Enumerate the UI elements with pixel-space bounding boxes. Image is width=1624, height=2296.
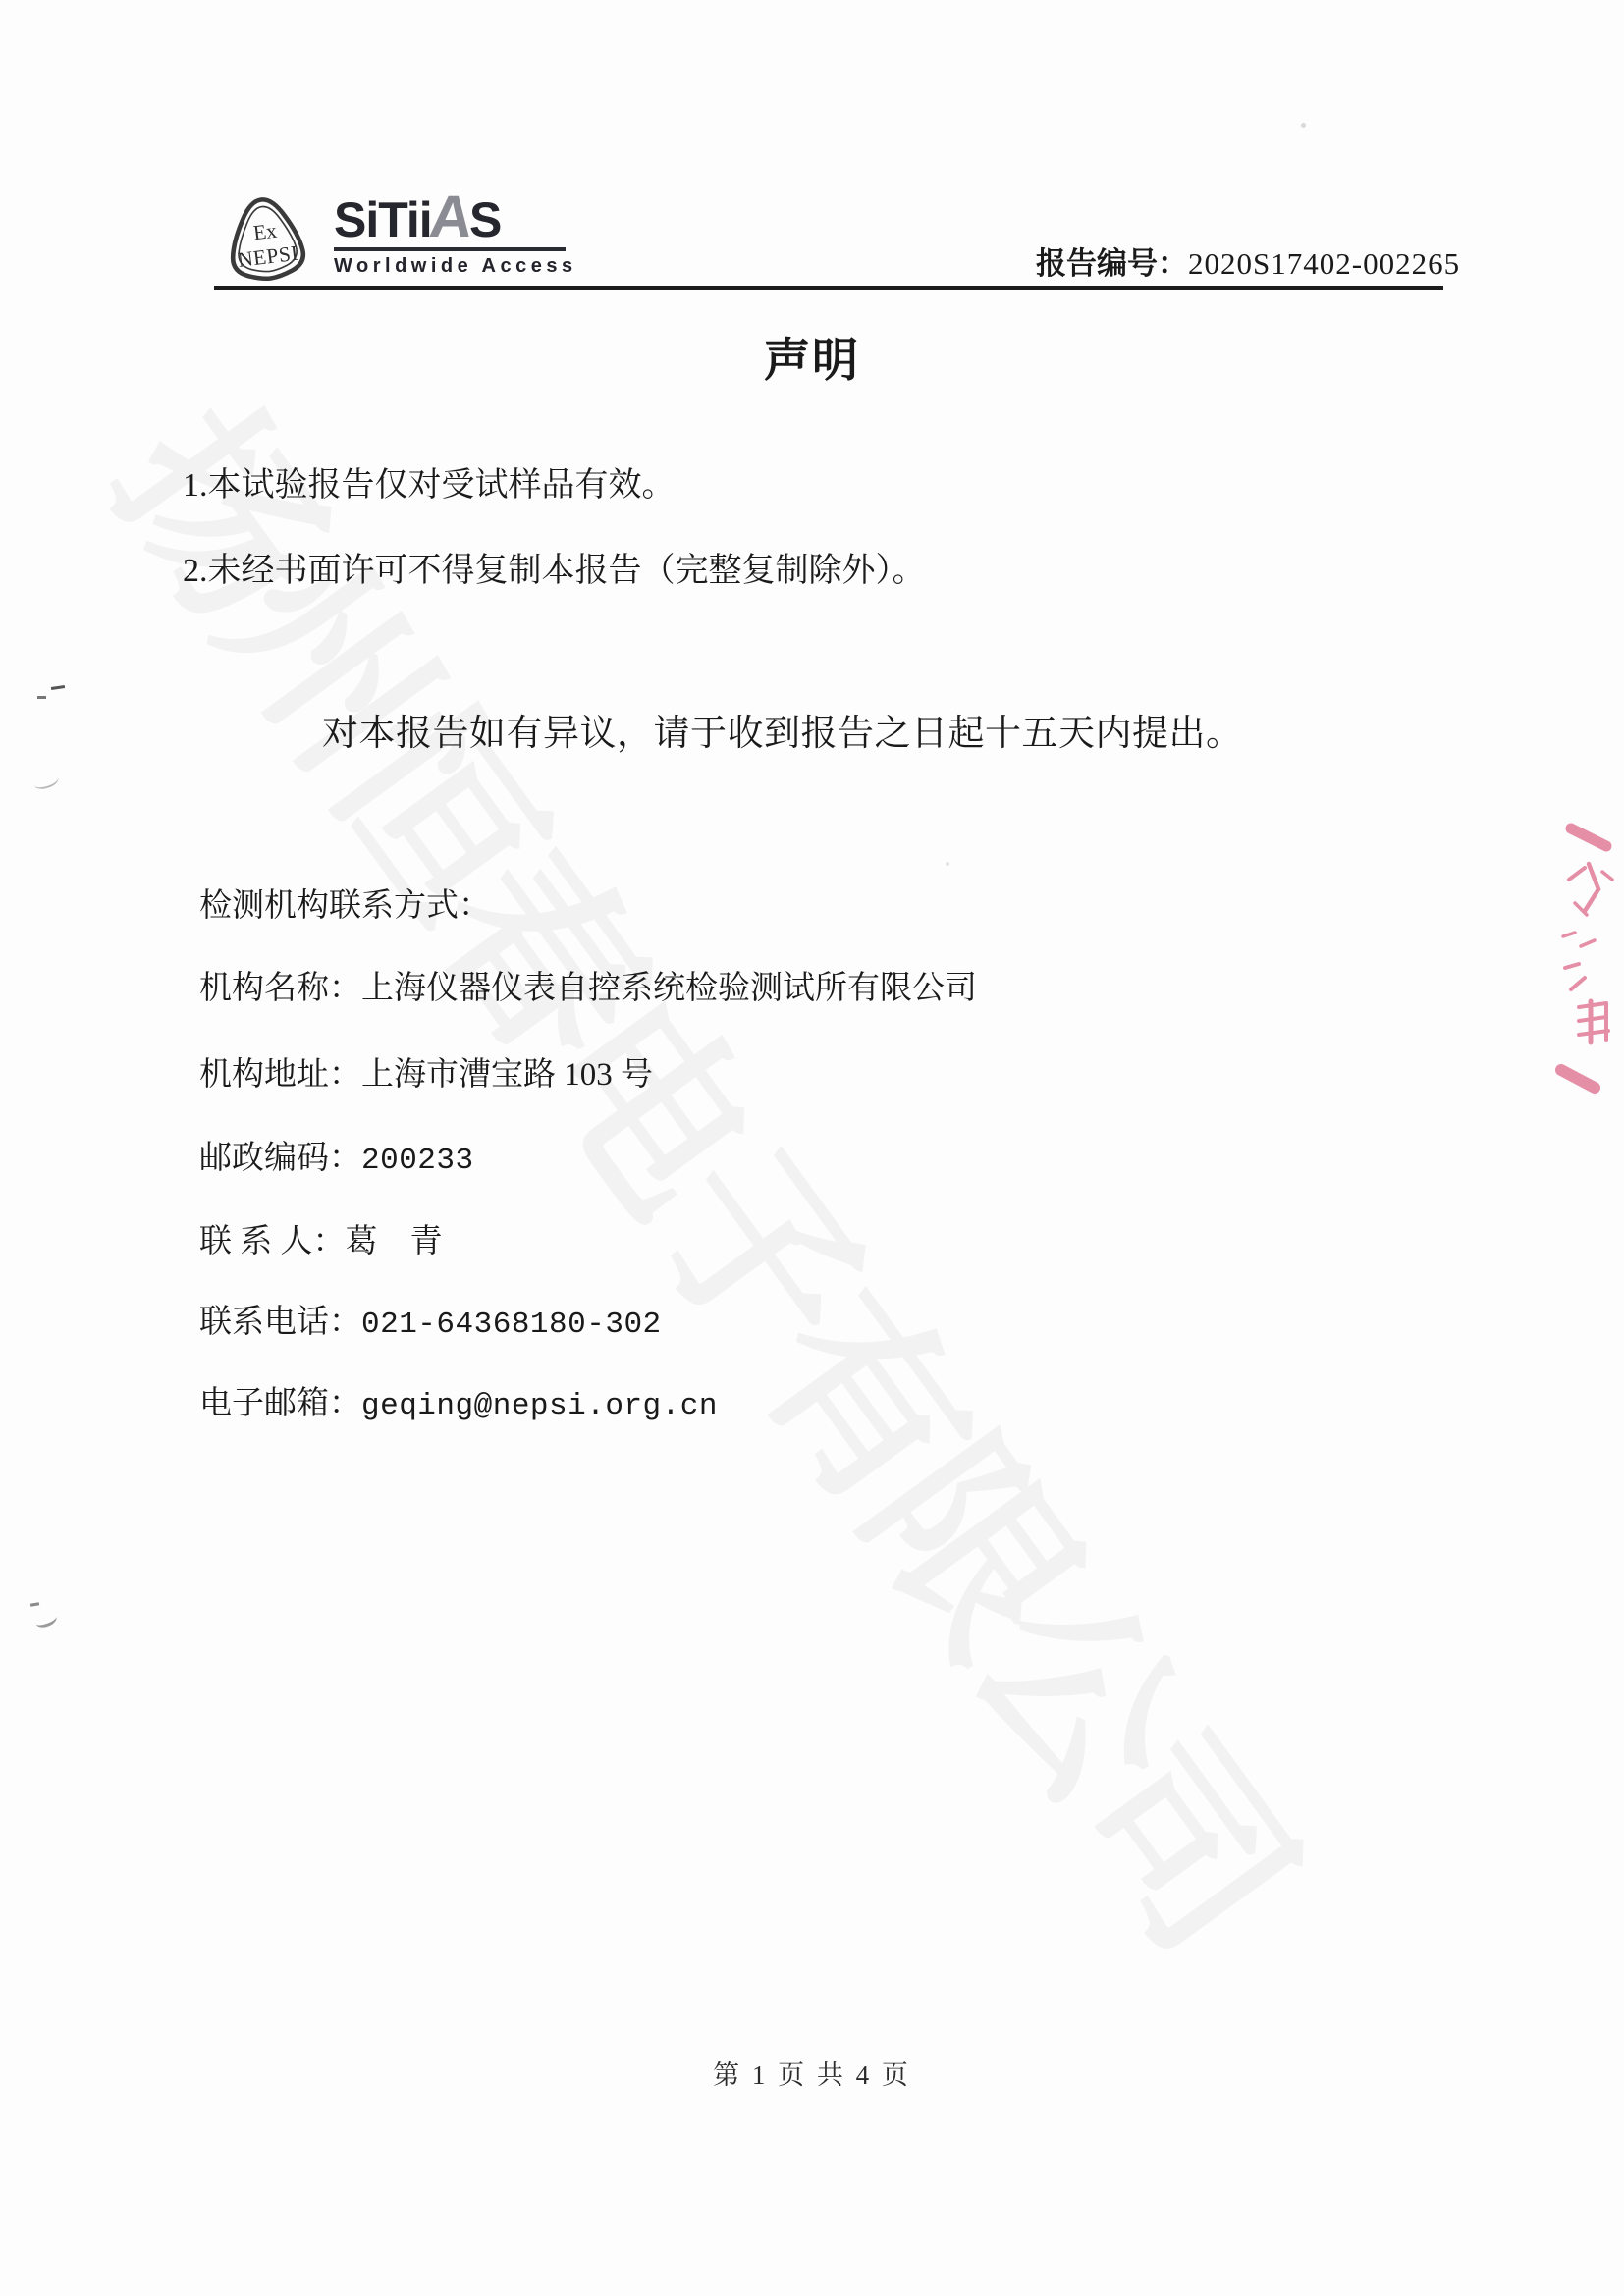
contact-value: 葛 青: [346, 1224, 443, 1259]
header-divider: [214, 286, 1443, 290]
scan-artifact: [1301, 123, 1306, 128]
report-number-value: 2020S17402-002265: [1188, 246, 1460, 281]
page-title: 声明: [0, 324, 1624, 390]
document-page: 扬州恒春电子有限公司 Ex NEPSI Ex NEPSI SiTiiAS Wor…: [0, 0, 1624, 2296]
red-stamp-fragment: [1555, 821, 1624, 1105]
wordmark-left: SiTii: [334, 192, 432, 247]
contact-value: 021-64368180-302: [361, 1308, 662, 1342]
nepsi-ex-badge: Ex NEPSI: [216, 194, 316, 292]
wordmark-right: S: [469, 192, 501, 247]
page-number: 第 1 页 共 4 页: [0, 2054, 1624, 2092]
contact-row-person: 联 系 人：葛 青: [199, 1215, 443, 1261]
scan-artifact: [946, 862, 949, 866]
scan-artifact: [37, 696, 46, 699]
sitiias-wordmark: SiTiiAS: [334, 190, 579, 246]
contact-value: 上海市漕宝路 103 号: [361, 1057, 653, 1093]
dispute-notice: 对本报告如有异议，请于收到报告之日起十五天内提出。: [322, 703, 1243, 756]
contact-value: geqing@nepsi.org.cn: [361, 1389, 718, 1423]
brand-tagline: Worldwide Access: [334, 255, 579, 278]
contact-row-phone: 联系电话：021-64368180-302: [199, 1296, 662, 1342]
badge-nepsi-text: NEPSI: [237, 241, 299, 272]
contact-label: 联系电话：: [199, 1305, 361, 1340]
contact-row-org-name: 机构名称：上海仪器仪表自控系统检验测试所有限公司: [199, 962, 977, 1008]
sitiias-logo: SiTiiAS Worldwide Access: [334, 190, 579, 278]
scan-artifact: [51, 685, 65, 690]
contact-value: 上海仪器仪表自控系统检验测试所有限公司: [361, 971, 977, 1006]
contact-label: 电子邮箱：: [199, 1386, 361, 1421]
scan-artifact: [31, 771, 60, 791]
statement-item-2: 2.未经书面许可不得复制本报告（完整复制除外）。: [183, 543, 926, 591]
report-number: 报告编号：2020S17402-002265: [1036, 239, 1460, 283]
nepsi-triangle-icon: Ex NEPSI: [216, 194, 316, 287]
scan-artifact: [33, 1611, 58, 1630]
contact-heading: 检测机构联系方式：: [199, 880, 491, 926]
stamp-icon: [1555, 821, 1624, 1105]
contact-label: 邮政编码：: [199, 1141, 361, 1176]
contact-label: 机构名称：: [199, 971, 361, 1006]
statement-item-1: 1.本试验报告仅对受试样品有效。: [183, 457, 676, 506]
scan-artifact: [30, 1602, 39, 1607]
contact-row-address: 机构地址：上海市漕宝路 103 号: [199, 1048, 653, 1095]
wordmark-gray-a: A: [427, 190, 474, 243]
contact-value: 200233: [361, 1144, 474, 1178]
report-number-label: 报告编号：: [1036, 246, 1188, 281]
contact-label: 机构地址：: [199, 1057, 361, 1093]
contact-label: 联 系 人：: [199, 1224, 346, 1259]
contact-row-postcode: 邮政编码：200233: [199, 1132, 474, 1178]
badge-ex-text: Ex: [252, 219, 279, 245]
contact-row-email: 电子邮箱：geqing@nepsi.org.cn: [199, 1377, 718, 1423]
